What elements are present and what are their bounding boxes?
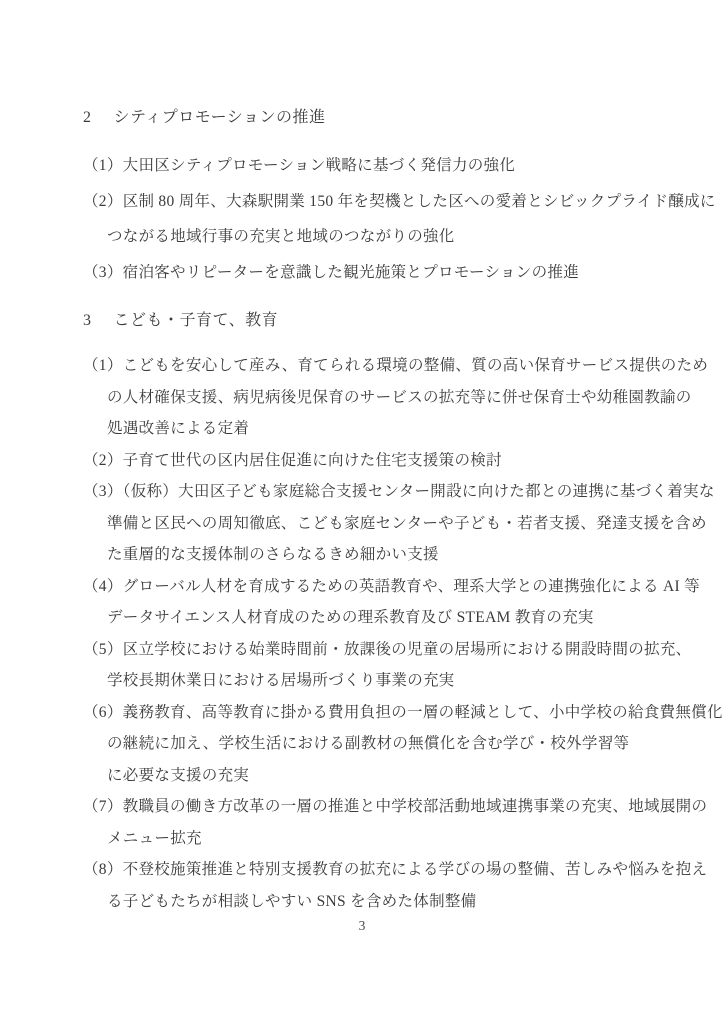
list-item: （1）こどもを安心して産み、育てられる環境の整備、質の高い保育サービス提供のため… [83,350,684,445]
item-text: 処遇改善による定着 [107,413,684,445]
item-number: （5） [83,641,123,658]
item-number: （6） [83,704,123,721]
item-text: 区制 80 周年、大森駅開業 150 年を契機とした区への愛着とシビックプライド… [123,193,716,210]
list-item: （8）不登校施策推進と特別支援教育の拡充による学びの場の整備、苦しみや悩みを抱え… [83,854,684,917]
item-text: こどもを安心して産み、育てられる環境の整備、質の高い保育サービス提供のため [123,357,709,374]
item-number: （2） [83,193,123,210]
item-text: の継続に加え、学校生活における副教材の無償化を含む学び・校外学習等 [107,728,684,760]
item-text: 子育て世代の区内居住促進に向けた住宅支援策の検討 [123,452,502,469]
item-number: （1） [83,357,123,374]
item-number: （4） [83,578,123,595]
list-item: （3）（仮称）大田区子ども家庭総合支援センター開設に向けた都との連携に基づく着実… [83,476,684,571]
item-text: た重層的な支援体制のさらなるきめ細かい支援 [107,539,684,571]
section-number: 3 [83,312,92,329]
list-item: （3）宿泊客やリピーターを意識した観光施策とプロモーションの推進 [83,255,684,291]
item-text: 学校長期休業日における居場所づくり事業の充実 [107,665,684,697]
list-item: （7）教職員の働き方改革の一層の推進と中学校部活動地域連携事業の充実、地域展開の… [83,791,684,854]
section-children-education: 3こども・子育て、教育 （1）こどもを安心して産み、育てられる環境の整備、質の高… [83,309,684,917]
section-heading: 2シティプロモーションの推進 [83,106,684,130]
page-number: 3 [0,917,724,935]
item-text: 区立学校における始業時間前・放課後の児童の居場所における開設時間の拡充、 [123,641,692,658]
list-item: （6）義務教育、高等教育に掛かる費用負担の一層の軽減として、小中学校の給食費無償… [83,697,684,792]
section-number: 2 [83,109,92,126]
item-text: 教職員の働き方改革の一層の推進と中学校部活動地域連携事業の充実、地域展開の [123,798,708,815]
item-number: （2） [83,452,123,469]
section-items: （1）こどもを安心して産み、育てられる環境の整備、質の高い保育サービス提供のため… [83,350,684,917]
list-item: （2）子育て世代の区内居住促進に向けた住宅支援策の検討 [83,445,684,477]
item-text: の人材確保支援、病児病後児保育のサービスの拡充等に併せ保育士や幼稚園教諭の [107,382,684,414]
item-text: 不登校施策推進と特別支援教育の拡充による学びの場の整備、苦しみや悩みを抱え [123,861,708,878]
item-text: 義務教育、高等教育に掛かる費用負担の一層の軽減として、小中学校の給食費無償化 [123,704,723,721]
item-number: （7） [83,798,123,815]
item-text: に必要な支援の充実 [107,760,684,792]
item-text: 宿泊客やリピーターを意識した観光施策とプロモーションの推進 [123,264,579,281]
item-text: メニュー拡充 [107,823,684,855]
item-text: 大田区シティプロモーション戦略に基づく発信力の強化 [123,157,516,174]
item-text: データサイエンス人材育成のための理系教育及び STEAM 教育の充実 [107,602,684,634]
item-text: つながる地域行事の充実と地域のつながりの強化 [107,219,684,255]
section-title: こども・子育て、教育 [114,312,279,329]
list-item: （4）グローバル人材を育成するための英語教育や、理系大学との連携強化による AI… [83,571,684,634]
list-item: （2）区制 80 周年、大森駅開業 150 年を契機とした区への愛着とシビックプ… [83,184,684,255]
item-number: （3） [83,264,123,281]
item-number: （1） [83,157,123,174]
item-text: （仮称）大田区子ども家庭総合支援センター開設に向けた都との連携に基づく着実な [123,483,715,500]
item-text: る子どもたちが相談しやすい SNS を含めた体制整備 [107,886,684,918]
document-page: 2シティプロモーションの推進 （1）大田区シティプロモーション戦略に基づく発信力… [0,0,724,1024]
section-items: （1）大田区シティプロモーション戦略に基づく発信力の強化 （2）区制 80 周年… [83,148,684,290]
section-title: シティプロモーションの推進 [114,109,326,126]
item-number: （8） [83,861,123,878]
item-text: グローバル人材を育成するための英語教育や、理系大学との連携強化による AI 等 [123,578,700,595]
list-item: （5）区立学校における始業時間前・放課後の児童の居場所における開設時間の拡充、 … [83,634,684,697]
item-number: （3） [83,483,123,500]
section-heading: 3こども・子育て、教育 [83,309,684,333]
list-item: （1）大田区シティプロモーション戦略に基づく発信力の強化 [83,148,684,184]
document-content: 2シティプロモーションの推進 （1）大田区シティプロモーション戦略に基づく発信力… [0,0,724,917]
item-text: 準備と区民への周知徹底、こども家庭センターや子ども・若者支援、発達支援を含め [107,508,684,540]
section-city-promotion: 2シティプロモーションの推進 （1）大田区シティプロモーション戦略に基づく発信力… [83,106,684,290]
